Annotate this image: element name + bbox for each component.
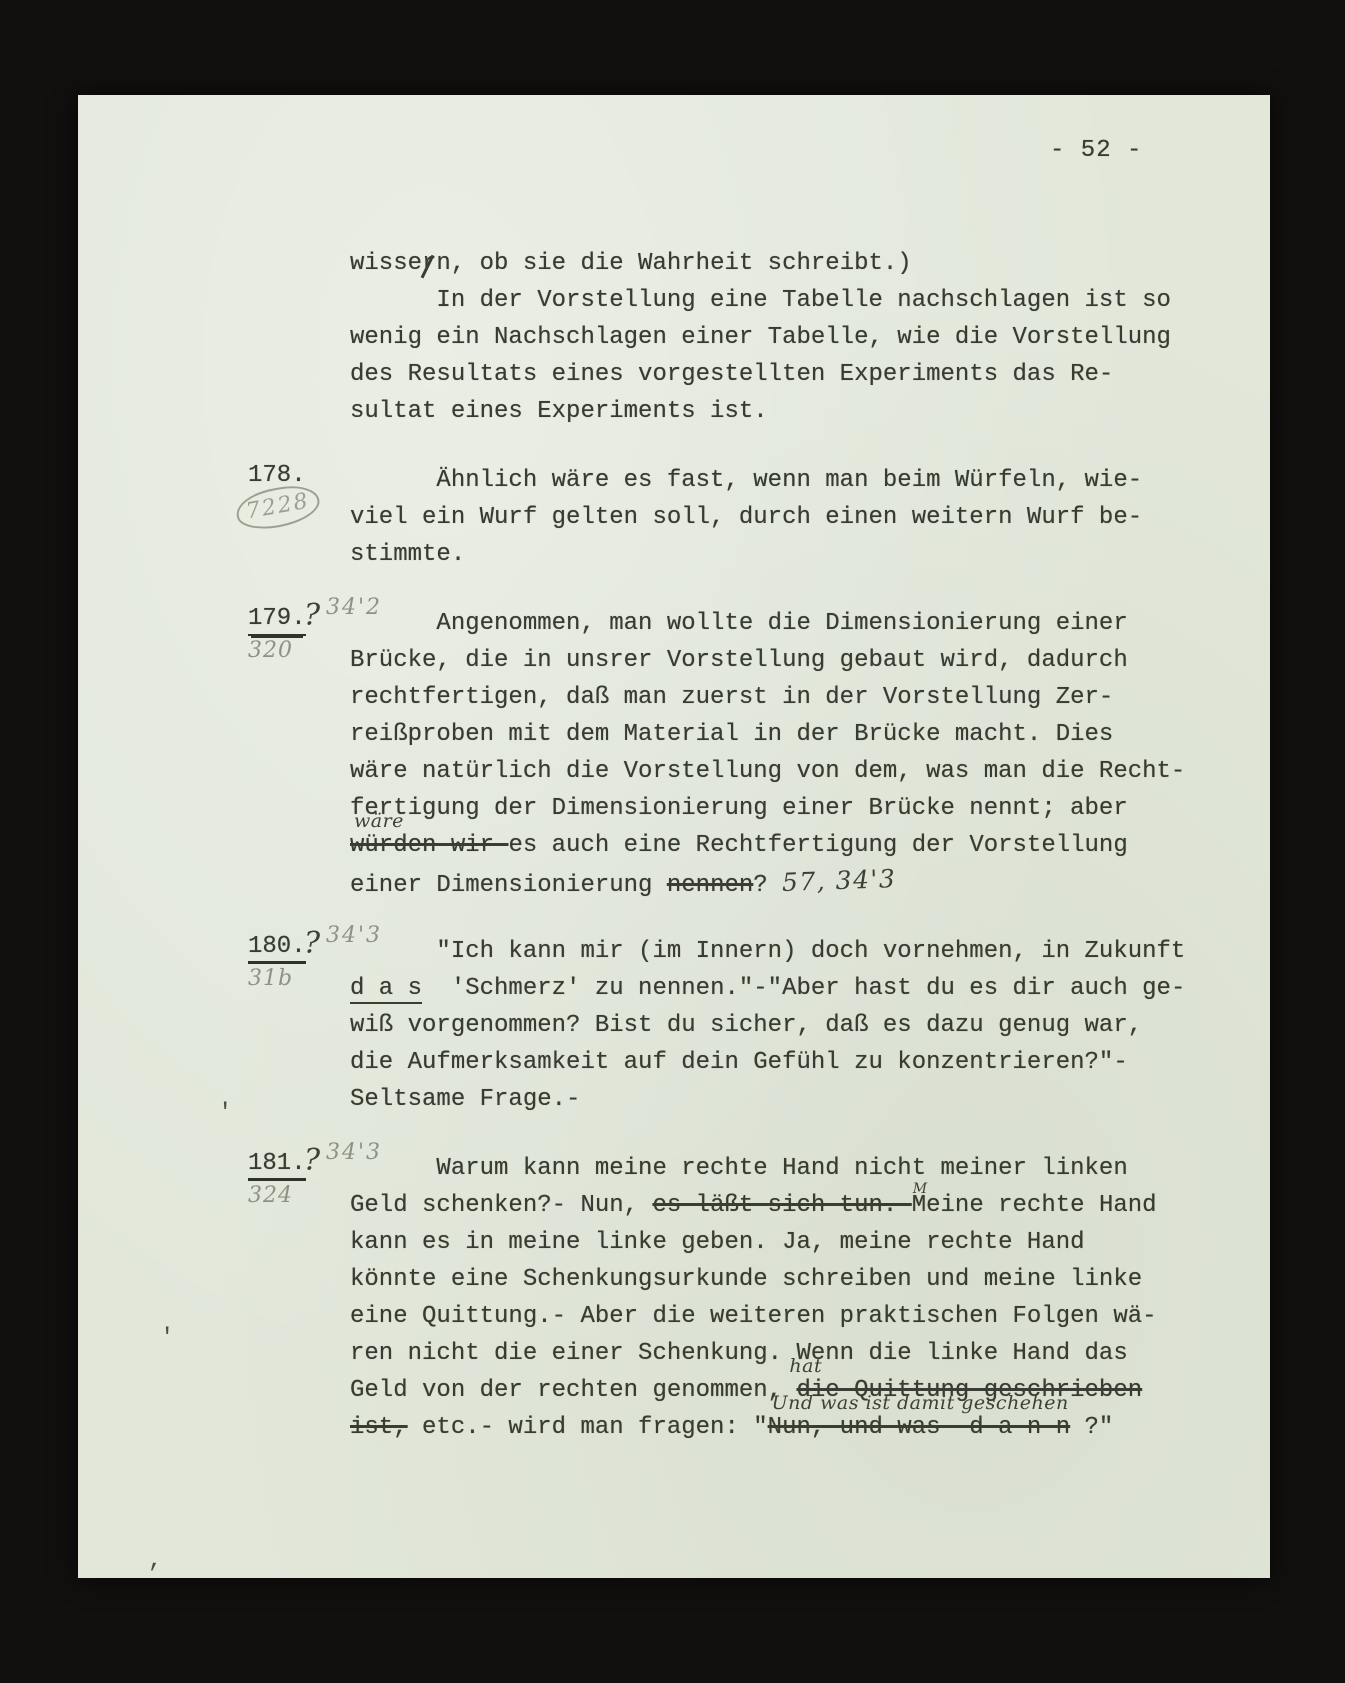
typed-text: Angenommen, man wollte die Dimensionieru…	[350, 610, 1128, 637]
typed-text: eine rechte Hand	[926, 1192, 1156, 1219]
text-line: "Ich kann mir (im Innern) doch vornehmen…	[350, 933, 1250, 970]
paragraph: 181.?34'3324 Warum kann meine rechte Han…	[350, 1150, 1250, 1446]
text-line: ist, etc.- wird man fragen: "Nun, und wa…	[350, 1409, 1250, 1446]
text-line: viel ein Wurf gelten soll, durch einen w…	[350, 499, 1250, 536]
corrected-character: r	[422, 250, 436, 277]
typed-text: kann es in meine linke geben. Ja, meine …	[350, 1229, 1085, 1256]
typed-text: reißproben mit dem Material in der Brück…	[350, 721, 1113, 748]
typed-text: wisse	[350, 250, 422, 277]
text-line: einer Dimensionierung nennen? 57, 34'3	[350, 864, 1250, 901]
text-line: sultat eines Experiments ist.	[350, 393, 1250, 430]
typed-text: Warum kann meine rechte Hand nicht meine…	[350, 1155, 1128, 1182]
text-line: wiß vorgenommen? Bist du sicher, daß es …	[350, 1007, 1250, 1044]
struck-text: ist,	[350, 1414, 408, 1441]
struck-text: würden wir wäre	[350, 832, 508, 859]
pencil-annotation: 7228	[233, 481, 322, 534]
typed-text: stimmte.	[350, 541, 465, 568]
typed-text: ren nicht die einer Schenkung. Wenn die …	[350, 1340, 1128, 1367]
scan-viewport: { "page": { "page_number": "- 52 -" }, "…	[0, 0, 1345, 1683]
struck-text: es läßt sich tun.	[652, 1192, 911, 1219]
text-line: die Aufmerksamkeit auf dein Gefühl zu ko…	[350, 1044, 1250, 1081]
typed-text: Ähnlich wäre es fast, wenn man beim Würf…	[350, 467, 1142, 494]
typed-text: In der Vorstellung eine Tabelle nachschl…	[350, 287, 1171, 314]
section-number: 181.	[248, 1150, 306, 1181]
text-line: Brücke, die in unsrer Vorstellung gebaut…	[350, 642, 1250, 679]
text-line: eine Quittung.- Aber die weiteren prakti…	[350, 1298, 1250, 1335]
typed-text: Geld schenken?- Nun,	[350, 1192, 652, 1219]
typed-text: "Ich kann mir (im Innern) doch vornehmen…	[350, 938, 1185, 965]
typed-text: einer Dimensionierung	[350, 872, 667, 899]
typed-text: ?	[753, 872, 782, 899]
underlined-text: d a s	[350, 975, 422, 1004]
paragraph: wissern, ob sie die Wahrheit schreibt.) …	[350, 245, 1250, 430]
text-line: In der Vorstellung eine Tabelle nachschl…	[350, 282, 1250, 319]
typed-text: n, ob sie die Wahrheit schreibt.)	[436, 250, 911, 277]
pencil-annotation: 31b	[248, 966, 293, 991]
text-line: wäre natürlich die Vorstellung von dem, …	[350, 753, 1250, 790]
typed-text: viel ein Wurf gelten soll, durch einen w…	[350, 504, 1142, 531]
typed-text: die Aufmerksamkeit auf dein Gefühl zu ko…	[350, 1049, 1128, 1076]
typed-text: eine Quittung.- Aber die weiteren prakti…	[350, 1303, 1157, 1330]
typed-text: wiß vorgenommen? Bist du sicher, daß es …	[350, 1012, 1142, 1039]
text-line: Angenommen, man wollte die Dimensionieru…	[350, 605, 1250, 642]
typed-text: Brücke, die in unsrer Vorstellung gebaut…	[350, 647, 1128, 674]
text-line: könnte eine Schenkungsurkunde schreiben …	[350, 1261, 1250, 1298]
text-line: Ähnlich wäre es fast, wenn man beim Würf…	[350, 462, 1250, 499]
pencil-annotation: 320	[248, 638, 293, 663]
text-line: kann es in meine linke geben. Ja, meine …	[350, 1224, 1250, 1261]
paragraph: 178.7228 Ähnlich wäre es fast, wenn man …	[350, 462, 1250, 573]
handwritten-insertion: hat	[789, 1356, 822, 1376]
typed-text: wäre natürlich die Vorstellung von dem, …	[350, 758, 1185, 785]
handwritten-annotation: 57, 34'3	[781, 860, 897, 901]
section-number: 179.	[248, 605, 306, 636]
scan-background: - 52 - wissern, ob sie die Wahrheit schr…	[0, 0, 1345, 1683]
stray-mark: '	[160, 1325, 174, 1352]
text-line: d a s 'Schmerz' zu nennen."-"Aber hast d…	[350, 970, 1250, 1007]
text-line: des Resultats eines vorgestellten Experi…	[350, 356, 1250, 393]
typed-text: 'Schmerz' zu nennen."-"Aber hast du es d…	[422, 975, 1185, 1002]
typed-text: Seltsame Frage.-	[350, 1086, 580, 1113]
text-line: reißproben mit dem Material in der Brück…	[350, 716, 1250, 753]
paragraph: 179.?34'2320 Angenommen, man wollte die …	[350, 605, 1250, 901]
typed-text: Geld von der rechten genommen,hat	[350, 1377, 782, 1404]
typed-text: es auch eine Rechtfertigung der Vorstell…	[508, 832, 1127, 859]
text-line: fertigung der Dimensionierung einer Brüc…	[350, 790, 1250, 827]
handwritten-insertion: Und was ist damit geschehen	[772, 1393, 1069, 1413]
typed-text: rechtfertigen, daß man zuerst in der Vor…	[350, 684, 1113, 711]
typed-text: MM	[912, 1192, 926, 1219]
text-line: rechtfertigen, daß man zuerst in der Vor…	[350, 679, 1250, 716]
text-line: würden wir wärees auch eine Rechtfertigu…	[350, 827, 1250, 864]
typed-text: etc.- wird man fragen: "	[408, 1414, 768, 1441]
text-line: stimmte.	[350, 536, 1250, 573]
section-number: 180.	[248, 933, 306, 964]
typed-text: fertigung der Dimensionierung einer Brüc…	[350, 795, 1128, 822]
typed-text: sultat eines Experiments ist.	[350, 398, 768, 425]
stray-mark: '	[218, 1100, 232, 1127]
handwritten-question-mark: ?	[304, 927, 320, 961]
typed-text: könnte eine Schenkungsurkunde schreiben …	[350, 1266, 1142, 1293]
struck-text: nennen	[667, 872, 753, 899]
text-line: Seltsame Frage.-	[350, 1081, 1250, 1118]
typed-text: ?"	[1070, 1414, 1113, 1441]
text-line: wenig ein Nachschlagen einer Tabelle, wi…	[350, 319, 1250, 356]
struck-text: Nun, und was d a n nUnd was ist damit ge…	[768, 1414, 1070, 1441]
section-number: 178.	[248, 462, 306, 489]
typed-text: des Resultats eines vorgestellten Experi…	[350, 361, 1113, 388]
typed-text: wenig ein Nachschlagen einer Tabelle, wi…	[350, 324, 1171, 351]
text-line: Warum kann meine rechte Hand nicht meine…	[350, 1150, 1250, 1187]
handwritten-question-mark: ?	[304, 599, 320, 633]
handwritten-insertion: wäre	[354, 811, 404, 831]
paragraph: 180.?34'331b "Ich kann mir (im Innern) d…	[350, 933, 1250, 1118]
manuscript-page: - 52 - wissern, ob sie die Wahrheit schr…	[78, 95, 1270, 1578]
text-line: Geld schenken?- Nun, es läßt sich tun. M…	[350, 1187, 1250, 1224]
text-line: wissern, ob sie die Wahrheit schreibt.)	[350, 245, 1250, 282]
text-column: wissern, ob sie die Wahrheit schreibt.) …	[350, 245, 1250, 1446]
stray-mark: ,	[148, 1547, 162, 1574]
handwritten-question-mark: ?	[304, 1144, 320, 1178]
page-number: - 52 -	[1050, 137, 1142, 164]
pencil-annotation: 324	[248, 1183, 293, 1208]
